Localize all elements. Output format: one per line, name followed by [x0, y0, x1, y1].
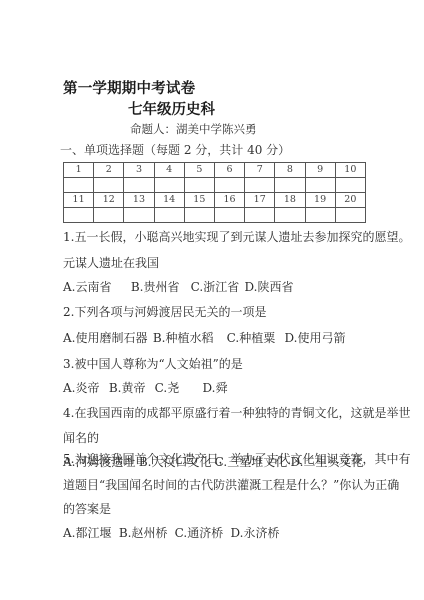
answer-cell[interactable] — [305, 208, 335, 223]
question-2-options: A.使用磨制石器 B.种植水稻 C.种植粟 D.使用弓箭 — [63, 329, 346, 346]
answer-cell[interactable] — [184, 208, 214, 223]
question-5-text: 的答案是 — [63, 500, 111, 517]
answer-cell[interactable] — [94, 208, 124, 223]
answer-cell[interactable] — [305, 178, 335, 193]
answer-cell[interactable] — [64, 208, 94, 223]
question-5-options: A.都江堰 B.赵州桥 C.通济桥 D.永济桥 — [63, 524, 280, 541]
table-cell: 1 — [64, 163, 94, 178]
answer-table: 1 2 3 4 5 6 7 8 9 10 11 12 13 14 15 16 1… — [63, 162, 366, 223]
question-1-text: 1.五一长假，小聪高兴地实现了到元谋人遗址去参加探究的愿望。 — [63, 228, 410, 245]
answer-cell[interactable] — [154, 208, 184, 223]
exam-title: 第一学期期中考试卷 — [63, 77, 195, 98]
table-cell: 3 — [124, 163, 154, 178]
option-a[interactable]: A.使用磨制石器 — [63, 329, 149, 346]
exam-author: 命题人：湖美中学陈兴勇 — [130, 121, 257, 137]
question-1-text: 元谋人遗址在我国 — [63, 254, 159, 271]
option-b[interactable]: B.贵州省 — [131, 278, 187, 295]
question-3-options: A.炎帝 B.黄帝 C.尧 D.舜 — [63, 379, 228, 396]
option-c[interactable]: C.浙江省 — [191, 278, 241, 295]
table-cell: 15 — [184, 193, 214, 208]
answer-table-blank-row — [64, 208, 366, 223]
option-c[interactable]: C.尧 — [155, 379, 199, 396]
question-4-text: 闻名的 — [63, 429, 99, 446]
answer-cell[interactable] — [335, 178, 365, 193]
option-a[interactable]: A.都江堰 — [63, 524, 115, 541]
table-cell: 9 — [305, 163, 335, 178]
table-cell: 18 — [275, 193, 305, 208]
answer-cell[interactable] — [94, 178, 124, 193]
answer-cell[interactable] — [184, 178, 214, 193]
question-5-text: 5.为迎接我国首个文化遗产日，举办了古代文化知识竞赛，其中有 — [63, 450, 410, 467]
table-cell: 20 — [335, 193, 365, 208]
answer-cell[interactable] — [154, 178, 184, 193]
table-cell: 8 — [275, 163, 305, 178]
table-cell: 13 — [124, 193, 154, 208]
answer-table-number-row: 1 2 3 4 5 6 7 8 9 10 — [64, 163, 366, 178]
section-header: 一、单项选择题（每题 2 分，共计 40 分） — [60, 141, 290, 158]
table-cell: 19 — [305, 193, 335, 208]
table-cell: 2 — [94, 163, 124, 178]
table-cell: 14 — [154, 193, 184, 208]
table-cell: 5 — [184, 163, 214, 178]
exam-subtitle: 七年级历史科 — [128, 98, 215, 119]
answer-table-blank-row — [64, 178, 366, 193]
answer-cell[interactable] — [124, 178, 154, 193]
option-b[interactable]: B.赵州桥 — [119, 524, 171, 541]
table-cell: 17 — [245, 193, 275, 208]
answer-table-number-row: 11 12 13 14 15 16 17 18 19 20 — [64, 193, 366, 208]
option-c[interactable]: C.通济桥 — [175, 524, 227, 541]
option-d[interactable]: D.永济桥 — [230, 524, 279, 541]
question-5-text: 道题目“我国闻名时间的古代防洪灌溉工程是什么？”你认为正确 — [63, 476, 399, 493]
answer-cell[interactable] — [214, 208, 244, 223]
option-a[interactable]: A.炎帝 — [63, 379, 105, 396]
answer-cell[interactable] — [214, 178, 244, 193]
option-d[interactable]: D.使用弓箭 — [284, 329, 345, 346]
answer-cell[interactable] — [245, 208, 275, 223]
question-3-text: 3.被中国人尊称为“人文始祖”的是 — [63, 355, 243, 372]
table-cell: 12 — [94, 193, 124, 208]
option-d[interactable]: D.陕西省 — [244, 278, 293, 295]
answer-cell[interactable] — [335, 208, 365, 223]
table-cell: 16 — [214, 193, 244, 208]
question-2-text: 2.下列各项与河姆渡居民无关的一项是 — [63, 303, 266, 320]
table-cell: 10 — [335, 163, 365, 178]
table-cell: 6 — [214, 163, 244, 178]
option-b[interactable]: B.黄帝 — [109, 379, 151, 396]
option-a[interactable]: A.云南省 — [63, 278, 127, 295]
answer-cell[interactable] — [64, 178, 94, 193]
question-4-text: 4.在我国西南的成都平原盛行着一种独特的青铜文化，这就是举世 — [63, 404, 410, 421]
answer-cell[interactable] — [275, 208, 305, 223]
answer-cell[interactable] — [275, 178, 305, 193]
option-b[interactable]: B.种植水稻 — [153, 329, 223, 346]
option-d[interactable]: D.舜 — [202, 379, 227, 396]
table-cell: 7 — [245, 163, 275, 178]
table-cell: 4 — [154, 163, 184, 178]
table-cell: 11 — [64, 193, 94, 208]
answer-cell[interactable] — [245, 178, 275, 193]
answer-cell[interactable] — [124, 208, 154, 223]
question-1-options: A.云南省 B.贵州省 C.浙江省 D.陕西省 — [63, 278, 294, 295]
option-c[interactable]: C.种植粟 — [227, 329, 281, 346]
